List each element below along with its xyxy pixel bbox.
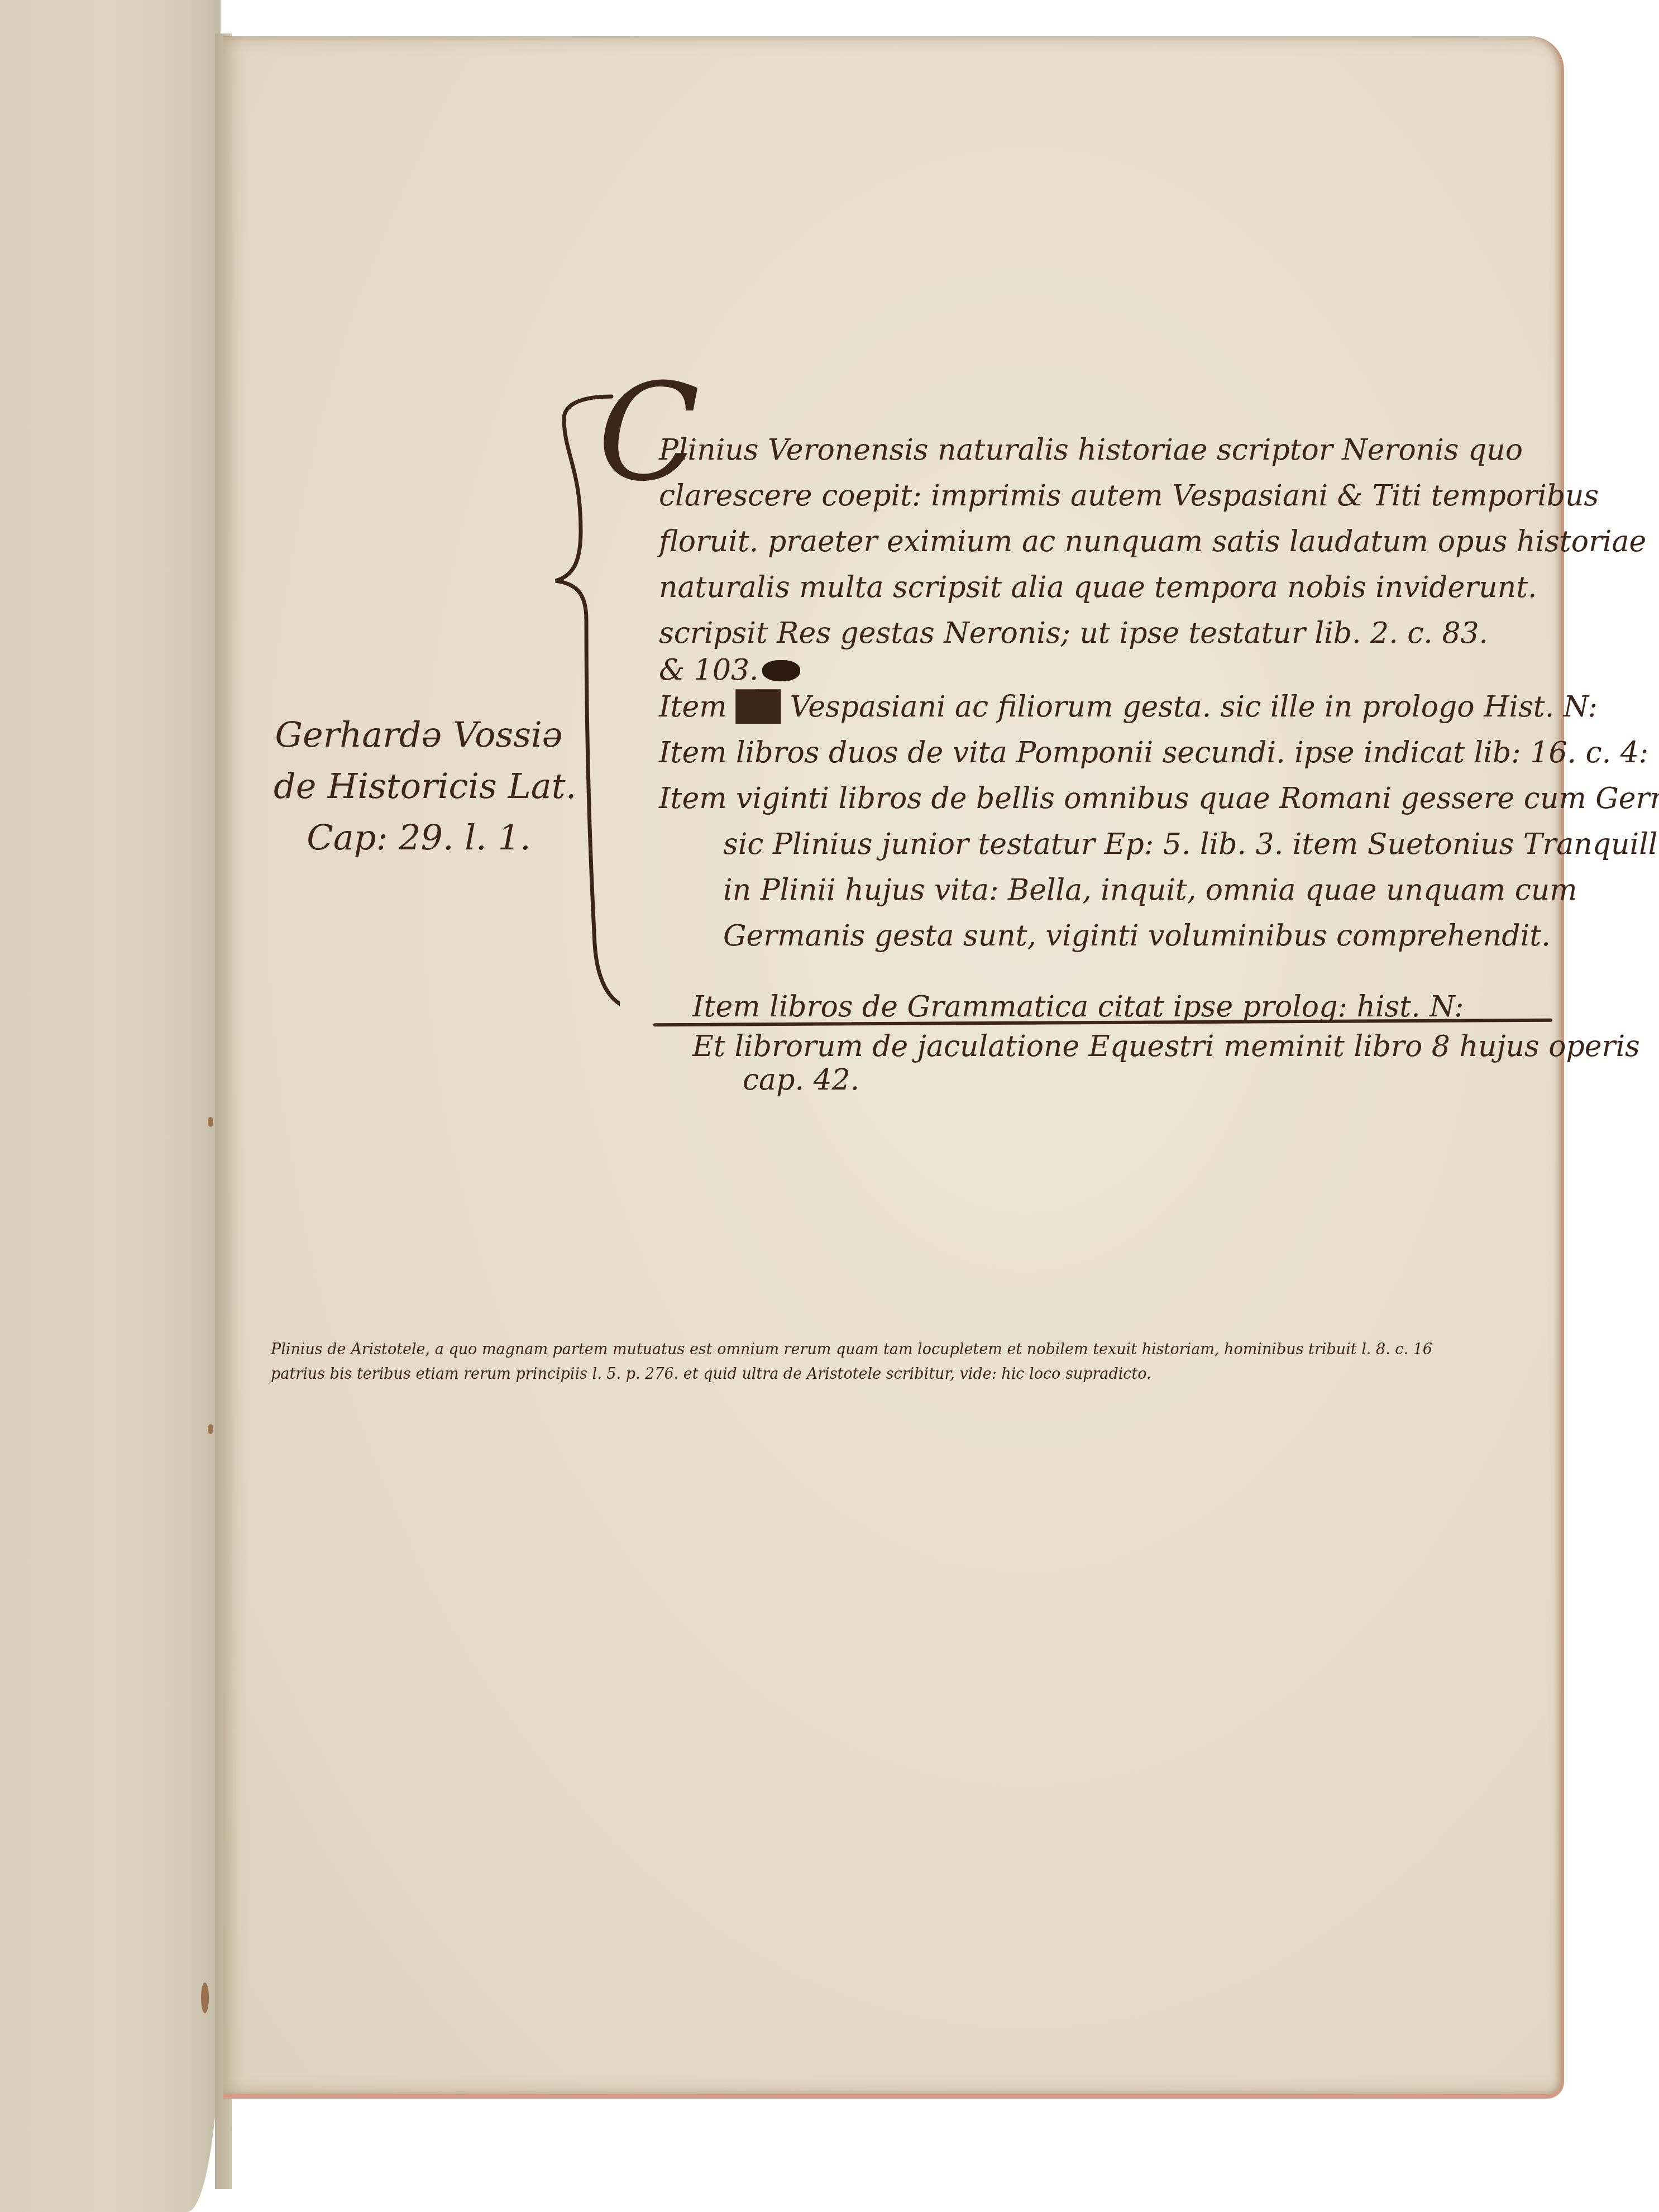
text-line: & 103. [659,656,1564,684]
footnote: Plinius de Aristotele, a quo magnam part… [271,1337,1561,1387]
text-line: in Plinii hujus vita: Bella, inquit, omn… [659,867,1564,913]
margin-line: Cap: 29. l. 1. [274,812,564,863]
text-line: clarescere coepit: imprimis autem Vespas… [659,473,1564,519]
main-entry: Plinius Veronensis naturalis historiae s… [659,427,1564,1097]
text-line: Item viginti libros de bellis omnibus qu… [659,776,1564,821]
foxing-stain [201,1982,209,2013]
text-line: Plinius Veronensis naturalis historiae s… [659,427,1564,473]
text-line: Item libros duos de vita Pomponii secund… [659,730,1564,776]
addendum-line: Et librorum de jaculatione Equestri memi… [659,1030,1564,1063]
margin-citation: Gerhardə Vossiə de Historicis Lat. Cap: … [274,709,564,863]
footnote-line: Plinius de Aristotele, a quo magnam part… [271,1337,1561,1362]
foxing-stain [208,1424,213,1434]
margin-line: Gerhardə Vossiə [274,709,564,761]
text-line: Item ██ Vespasiani ac filiorum gesta. si… [659,684,1564,730]
margin-line: de Historicis Lat. [274,761,564,812]
text-line: sic Plinius junior testatur Ep: 5. lib. … [659,821,1564,867]
spacer [659,959,1564,984]
text-line: floruit. praeter eximium ac nunquam sati… [659,519,1564,565]
text-line: naturalis multa scripsit alia quae tempo… [659,565,1564,610]
text-line: Germanis gesta sunt, viginti voluminibus… [659,913,1564,959]
text-line: scripsit Res gestas Neronis; ut ipse tes… [659,610,1564,656]
footnote-line: patrius bis teribus etiam rerum principi… [271,1362,1561,1387]
addendum-line: cap. 42. [659,1063,1564,1097]
foxing-stain [208,1117,213,1127]
facing-page-left [0,0,221,2212]
